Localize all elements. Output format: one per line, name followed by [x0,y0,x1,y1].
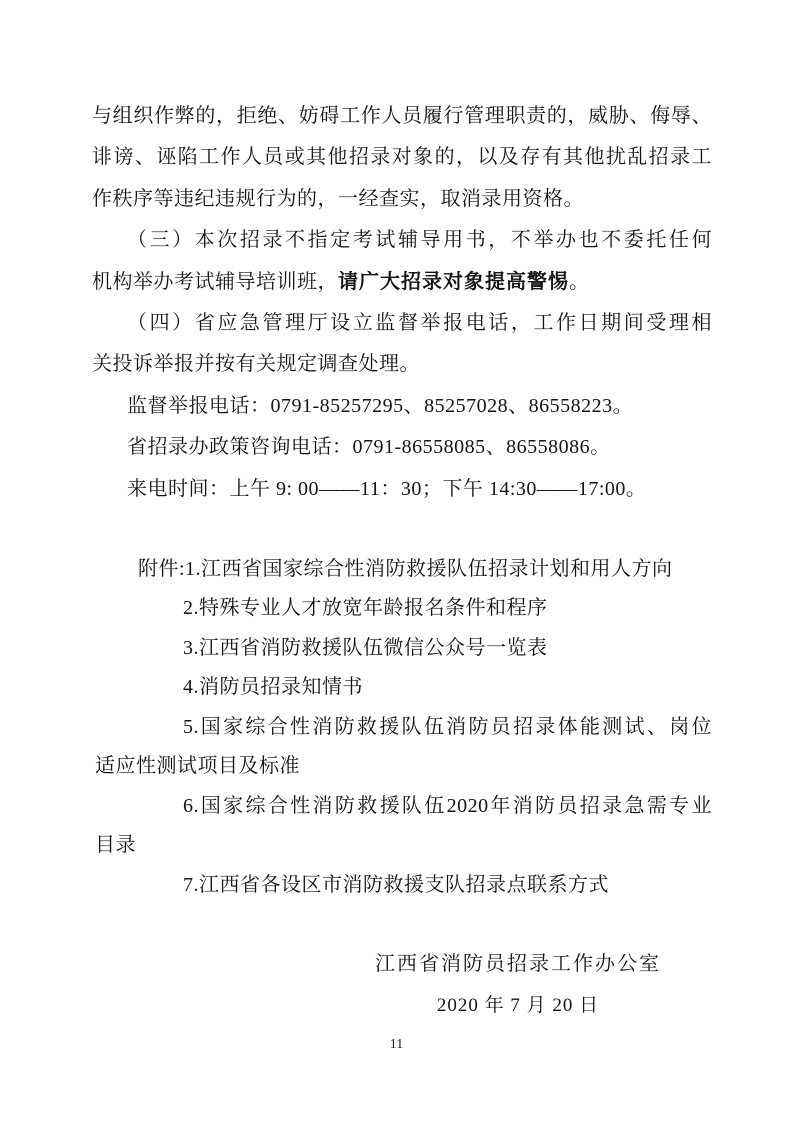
attachment-item-1: 附件:1.江西省国家综合性消防救援队伍招录计划和用人方向 [92,550,712,590]
document-date: 2020 年 7 月 20 日 [375,985,661,1026]
attachment-item-6: 6.国家综合性消防救援队伍2020年消防员招录急需专业 [92,787,712,827]
attachment-item-7: 7.江西省各设区市消防救援支队招录点联系方式 [92,866,712,906]
body-line: 关投诉举报并按有关规定调查处理。 [92,344,712,385]
body-text: 机构举办考试辅导培训班， [92,271,338,293]
bold-warning-text: 请广大招录对象提高警惕 [338,271,569,293]
policy-phone-line: 省招录办政策咨询电话：0791-86558085、86558086。 [92,427,712,468]
attachment-item-5: 5.国家综合性消防救援队伍消防员招录体能测试、岗位 [92,708,712,748]
attachment-item-6-continuation: 目录 [92,826,712,866]
body-line: 作秩序等违纪违规行为的，一经查实，取消录用资格。 [92,179,712,220]
issuing-office-signature: 江西省消防员招录工作办公室 [375,944,661,985]
attachment-item-4: 4.消防员招录知情书 [92,668,712,708]
attachment-item-2: 2.特殊专业人才放宽年龄报名条件和程序 [92,589,712,629]
body-line-paragraph-start: （四）省应急管理厅设立监督举报电话，工作日期间受理相 [92,303,712,344]
body-line: 诽谤、诬陷工作人员或其他招录对象的，以及存有其他扰乱招录工 [92,137,712,178]
supervision-phone-line: 监督举报电话：0791-85257295、85257028、86558223。 [92,386,712,427]
body-line-paragraph-start: （三）本次招录不指定考试辅导用书，不举办也不委托任何 [92,220,712,261]
body-line-with-bold: 机构举办考试辅导培训班，请广大招录对象提高警惕。 [92,262,712,303]
body-text: 。 [569,271,590,293]
attachment-item-3: 3.江西省消防救援队伍微信公众号一览表 [92,629,712,669]
attachment-list: 附件:1.江西省国家综合性消防救援队伍招录计划和用人方向 2.特殊专业人才放宽年… [92,550,712,906]
blank-line [92,510,712,550]
call-time-line: 来电时间：上午 9: 00——11：30；下午 14:30——17:00。 [92,469,712,510]
page-number: 11 [0,1036,793,1054]
document-body: 与组织作弊的，拒绝、妨碍工作人员履行管理职责的，威胁、侮辱、 诽谤、诬陷工作人员… [92,96,712,905]
document-page: 与组织作弊的，拒绝、妨碍工作人员履行管理职责的，威胁、侮辱、 诽谤、诬陷工作人员… [0,0,793,1122]
attachment-item-5-continuation: 适应性测试项目及标准 [92,747,712,787]
signature-block: 江西省消防员招录工作办公室 2020 年 7 月 20 日 [375,944,661,1026]
body-line: 与组织作弊的，拒绝、妨碍工作人员履行管理职责的，威胁、侮辱、 [92,96,712,137]
